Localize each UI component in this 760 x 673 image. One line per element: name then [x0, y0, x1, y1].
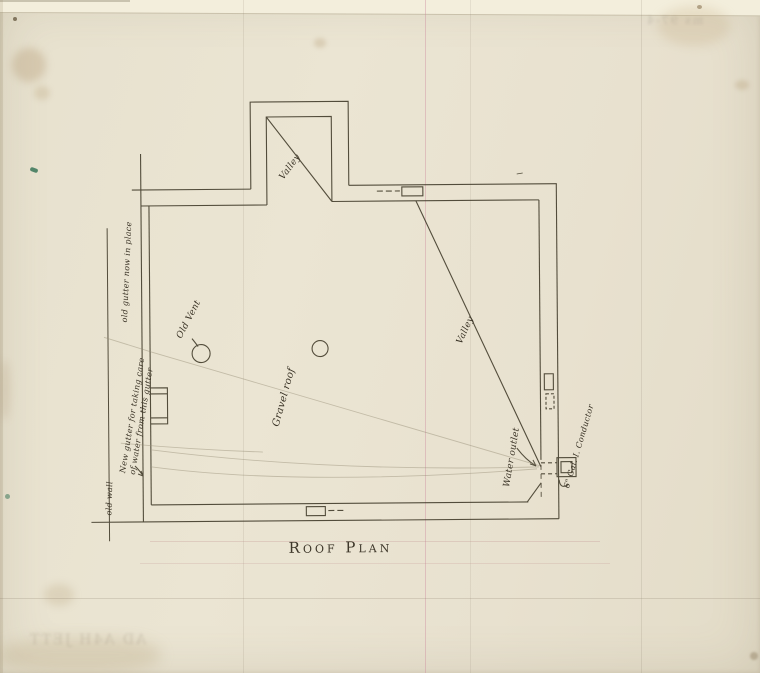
old-wall-label: old wall: [104, 481, 114, 515]
drawing-title: Roof Plan: [289, 538, 393, 557]
pen-slip: [517, 173, 523, 174]
valley-line-lower: [416, 200, 541, 468]
inner-parapet: [140, 115, 541, 505]
outer-parapet: [88, 100, 559, 523]
old-vent-leader: [192, 339, 198, 347]
vent-circle: [312, 341, 328, 357]
scupper-bottom: [306, 506, 343, 515]
scupper-top: [377, 187, 423, 196]
roof-plan-drawing: Valley Valley Old Vent Gravel roof Water…: [0, 0, 760, 673]
roof-plan-linework: [0, 0, 760, 673]
scupper-right: [544, 374, 554, 409]
scanned-sheet: ms 97-4 AD A4H JETT: [0, 0, 760, 673]
old-vent-circle: [192, 344, 210, 362]
left-wall-pilaster: [150, 388, 167, 424]
pencil-slope-lines: [104, 334, 540, 479]
